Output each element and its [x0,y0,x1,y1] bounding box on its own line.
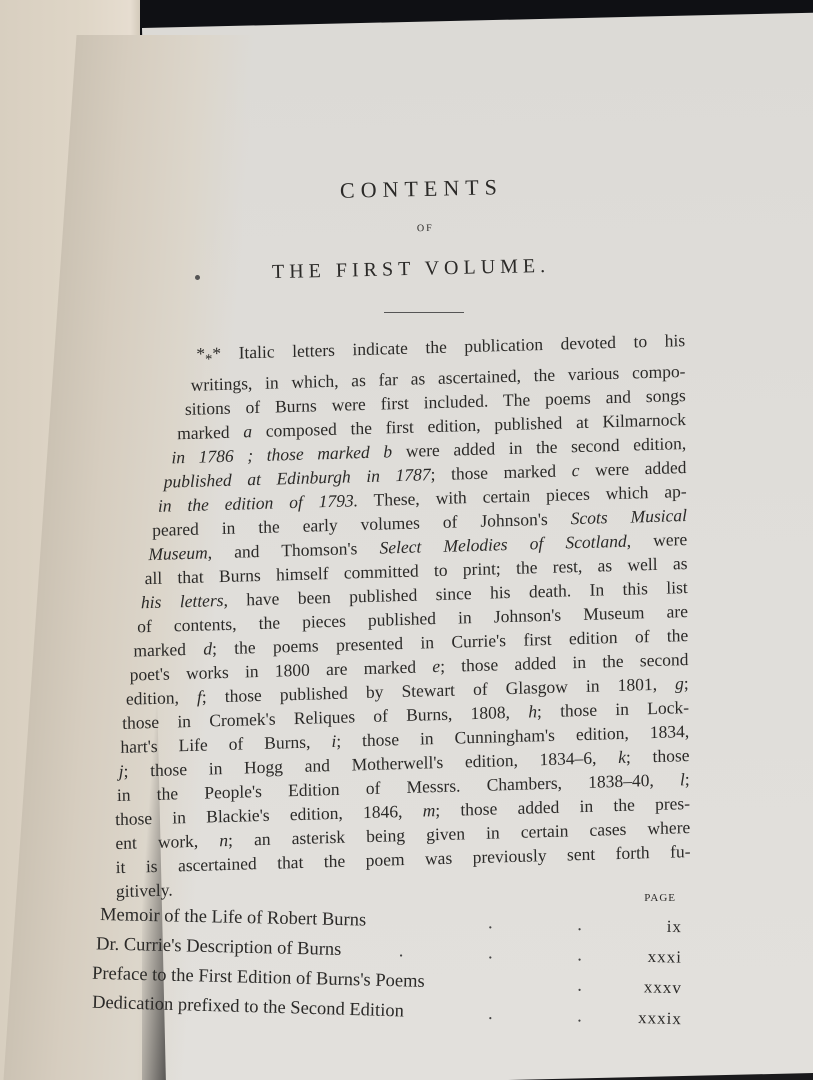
toc-leader-dots: . [424,968,632,1002]
title-rule-divider [384,312,464,313]
toc-entry-page: ix [632,911,683,941]
toc-entry-title: Dedication prefixed to the Second Editio… [92,989,405,1027]
page-content: CONTENTS OF THE FIRST VOLUME. *** Italic… [0,0,813,1080]
toc-entry-page: xxxi [632,942,683,972]
table-of-contents: PAGE Memoir of the Life of Robert Burns … [92,890,682,1026]
toc-entry-page: xxxix [632,1003,683,1033]
ink-mark [195,275,200,280]
toc-entry-page: xxxv [632,972,683,1002]
page-subtitle: THE FIRST VOLUME. [272,255,551,284]
toc-leader-dots: . . [403,997,632,1032]
page-title: CONTENTS [340,174,503,204]
title-of: OF [417,223,434,234]
editorial-note: *** Italic letters indicate the publicat… [110,328,691,903]
